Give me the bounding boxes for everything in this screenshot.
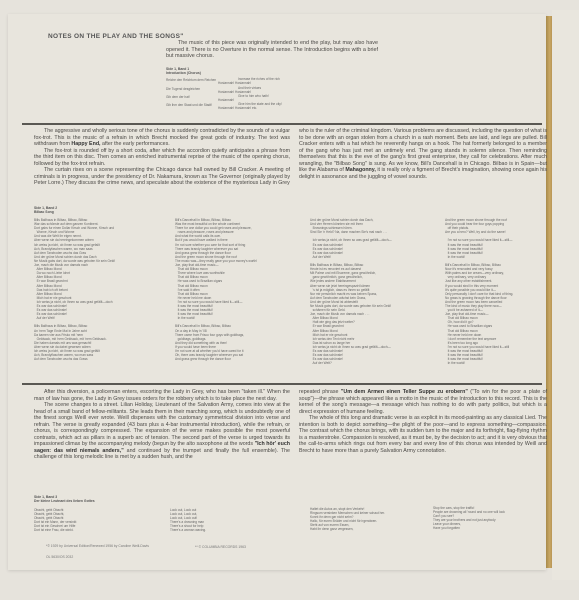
- band3-header: Side 1, Band 3 Der kleine Leutnant des l…: [34, 495, 95, 503]
- german-line: Die Tugend desgleichen: [166, 87, 200, 91]
- band2-german-col1: Bills Ballhaus in Bilbao, Bilbao, Bilbao…: [34, 218, 115, 361]
- paragraph: The fox-trot is rounded off by a short c…: [34, 148, 290, 168]
- hosanna-line: Hosiannah!: [218, 98, 234, 102]
- intro-paragraph: The music of this piece was originally i…: [166, 40, 378, 60]
- paragraph: The scene changes to a street. Lilian Ho…: [34, 402, 290, 461]
- paragraph: repeated phrase "Um dem Armen einen Tell…: [299, 389, 547, 415]
- paragraph: The curtain rises on a scene representin…: [34, 167, 290, 187]
- paragraph: who is the ruler of the criminal kingdom…: [299, 128, 547, 180]
- catalog-number: OL 5630/OS 2032: [46, 555, 73, 559]
- band3-english-col2: Look out, Look out Look out, Look out, L…: [170, 508, 206, 533]
- label-credit: ** © COLUMBIA RECORDS 1963: [195, 545, 246, 549]
- german-line: Reiche den Reichtum dem Reichen: [166, 78, 216, 82]
- section-divider: [22, 123, 542, 125]
- band1-title: Introduction (Chorus): [166, 71, 366, 75]
- section3-left-text: After this diversion, a policeman enters…: [34, 389, 290, 461]
- band3-english-col4: Stop the cars, stop the traffic! People …: [433, 506, 505, 531]
- section2-right-text: who is the ruler of the criminal kingdom…: [299, 128, 547, 180]
- band3-german-col3: Haltet die Autos an, stopt den Verkehr! …: [310, 507, 385, 532]
- lyric-line: Reiche den Reichtum dem Reichen Increase…: [166, 78, 366, 86]
- paragraph: After this diversion, a policeman enters…: [34, 389, 290, 402]
- band2-english-col2: Bill's Dancehall in Bilbao, Bilbao, Bilb…: [175, 218, 257, 361]
- section-divider: [22, 383, 542, 385]
- booklet-spine: [546, 16, 552, 568]
- section3-right-text: repeated phrase "Um dem Armen einen Tell…: [299, 389, 547, 454]
- german-line: Gib ihm den Staat und die Stadt!: [166, 103, 212, 107]
- band1-lyrics: Side 1, Band 1 Introduction (Chorus) Rei…: [166, 67, 366, 111]
- page-title: NOTES ON THE PLAY AND THE SONGS": [48, 33, 184, 40]
- band2-german-col3: Und der grüne Mond schien durch das Dach…: [310, 218, 392, 365]
- paragraph: The aggressive and wholly serious tone o…: [34, 128, 290, 148]
- band3-title: Der kleine Leutnant des lieben Gottes: [34, 499, 95, 503]
- band2-header: Side 1, Band 2 Bilbao Song: [34, 206, 57, 214]
- copyright-note: *© 1929 by Universal Edition/Renewed 195…: [46, 544, 149, 548]
- band2-title: Bilbao Song: [34, 210, 57, 214]
- hosanna-line: Hosiannah! Hosiannah! etc.: [218, 106, 257, 110]
- paragraph: The whole of this long and dramatic vers…: [299, 415, 547, 454]
- german-line: Gib dem der hat!: [166, 95, 190, 99]
- back-page: [552, 10, 579, 580]
- lyric-line: Gib ihm den Staat und die Stadt! Give hi…: [166, 103, 366, 111]
- english-line: Give to him who hath!: [238, 94, 269, 98]
- section2-left-text: The aggressive and wholly serious tone o…: [34, 128, 290, 187]
- band2-english-col4: And the green moon shone through the roo…: [445, 218, 513, 365]
- band3-german-col1: Obacht, gebt Obacht Obacht, gebt Obacht,…: [34, 508, 76, 533]
